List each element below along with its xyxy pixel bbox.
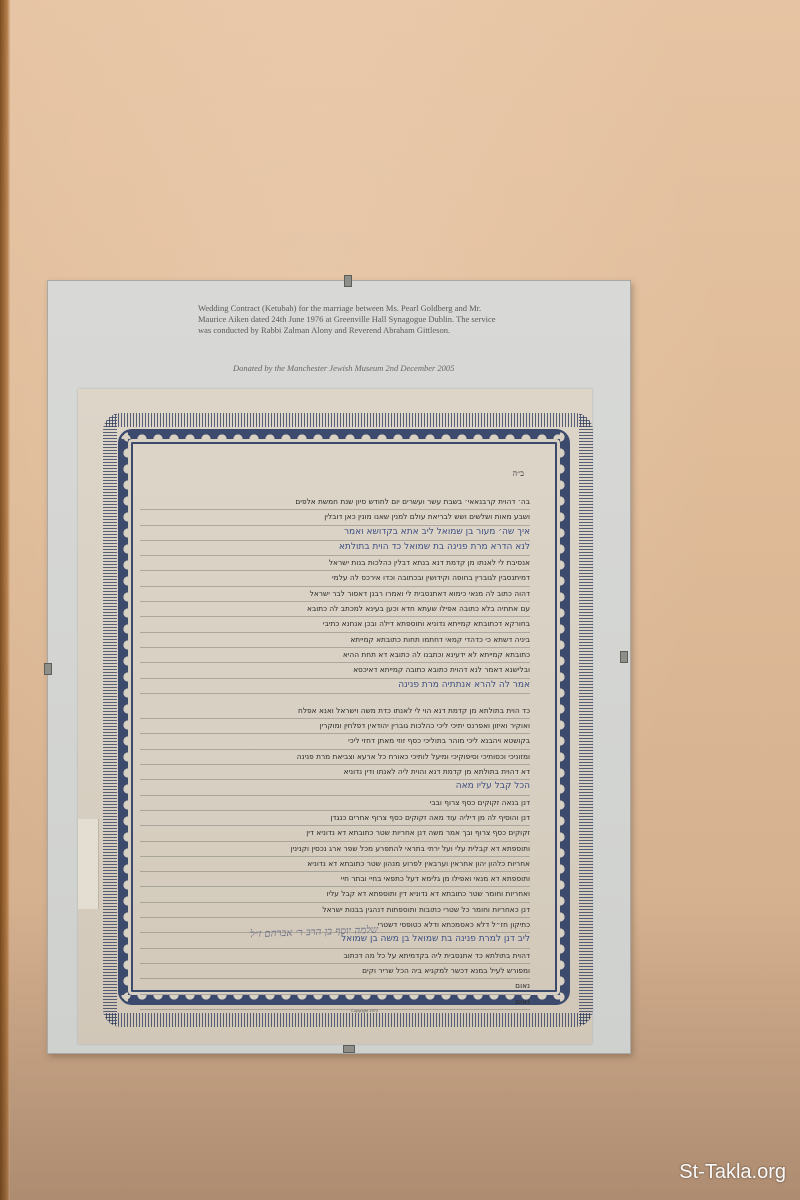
- text-line: לנא הדרא מרת פנינה בת שמואל כד הוית בתול…: [140, 541, 530, 556]
- text-line: ובלישנא דאמר לנא דהוית כתובא כתובה קמיית…: [140, 663, 530, 678]
- ketubah-document: ב״ה בה׳ דהוית קרבנאאי׳ בשבת עשר ועשרים י…: [78, 389, 592, 1044]
- watermark: St-Takla.org: [679, 1161, 786, 1184]
- frame-clip-right: [620, 651, 628, 663]
- text-line: דהוה כתוב לה מנאי כימוא דאתנסבית לי ואמר…: [140, 587, 530, 602]
- text-line: אנסיבת לי לאנתו מן קדמת דנא בנתא דבלין כ…: [140, 556, 530, 571]
- text-line: דנן והוסיף לה מן דיליה עוד מאה זקוקים כס…: [140, 811, 530, 826]
- text-line: אחריות כלהון יהון אחראין וערבאין לפרוע מ…: [140, 857, 530, 872]
- text-line: אמר לה להרא אנתתיה מרת פנינה: [140, 679, 530, 694]
- donation-note: Donated by the Manchester Jewish Museum …: [233, 363, 533, 373]
- text-line: כתובתא קמייתא לא ידעינא וכתבנו לה כתובא …: [140, 648, 530, 663]
- printer-note: Copyright 1972: [351, 1008, 378, 1013]
- glass-frame: Wedding Contract (Ketubah) for the marri…: [47, 280, 631, 1054]
- frame-clip-left: [44, 663, 52, 675]
- text-line: ביניה דשתא כי כדהדי קמאי דחתמו תחות כתוב…: [140, 633, 530, 648]
- text-line: ואוקיר ואיזון ואפרנס יתיכי ליכי כהלכות ג…: [140, 719, 530, 734]
- witness-line: נאום: [140, 979, 530, 994]
- text-line: דהוית בתולתא כד אתנסבית ליה בקדמיתא על כ…: [140, 949, 530, 964]
- museum-caption: Wedding Contract (Ketubah) for the marri…: [198, 303, 498, 337]
- ketubah-text: ב״ה בה׳ דהוית קרבנאאי׳ בשבת עשר ועשרים י…: [140, 459, 530, 959]
- text-line: ותוספתא דא קבלית עלי ועל ירתי בתראי להתפ…: [140, 842, 530, 857]
- text-line: בקושטא ויהבנא ליכי מוהר בתוליכי כסף זוזי…: [140, 734, 530, 749]
- ketubah-header: ב״ה: [513, 469, 525, 478]
- text-line: זקוקים כסף צרוף ובך אמר משה דנן אחריות ש…: [140, 826, 530, 841]
- frame-clip-top: [344, 275, 352, 287]
- text-line: דנן כאחריות וחומר כל שטרי כתובות ותוספתו…: [140, 903, 530, 918]
- text-line: ומפורש לעיל במנא דכשר למקניא ביה הכל שרי…: [140, 964, 530, 979]
- text-line: ואחריות וחומר שטר כתובתא דא נדוניא דין ו…: [140, 887, 530, 902]
- text-gap: [140, 694, 530, 704]
- text-line: כד הוית בתולתא מן קדמת דנא הוי לי לאנתו …: [140, 704, 530, 719]
- witness-line: נאום: [140, 995, 530, 1010]
- text-line: בחורקא דכתובתא קמייתא נדוניא ותוספתא דיל…: [140, 617, 530, 632]
- text-line: בה׳ דהוית קרבנאאי׳ בשבת עשר ועשרים יום ל…: [140, 495, 530, 510]
- text-line: דא דהוית בתולתא מן קדמת דנא והוית ליה לא…: [140, 765, 530, 780]
- text-line: ותוספתא דא מנאי ואפילו מן גלימא דעל כתפא…: [140, 872, 530, 887]
- text-line: עם אתתיה בלא כתובה אפילו שעתא חדא וכען ב…: [140, 602, 530, 617]
- text-line: דמיתנסבין לגוברין בחופה וקידושין ובכתובה…: [140, 571, 530, 586]
- frame-clip-bottom: [343, 1045, 355, 1053]
- door-frame-edge: [0, 0, 10, 1200]
- text-line: איך שה׳ מעור בן שמואל ליב אתא בקדושא ואמ…: [140, 526, 530, 541]
- text-line: הכל קבל עליו מאה: [140, 780, 530, 795]
- text-line: ומזוניכי וכסותיכי וסיפוקיכי ומיעל לותיכי…: [140, 750, 530, 765]
- text-line: דנן בנאה זקוקים כסף צרוף ובבי: [140, 796, 530, 811]
- text-line: ושבע מאות ושלשים ושש לבריאת עולם למנין ש…: [140, 510, 530, 525]
- torn-edge: [78, 819, 99, 909]
